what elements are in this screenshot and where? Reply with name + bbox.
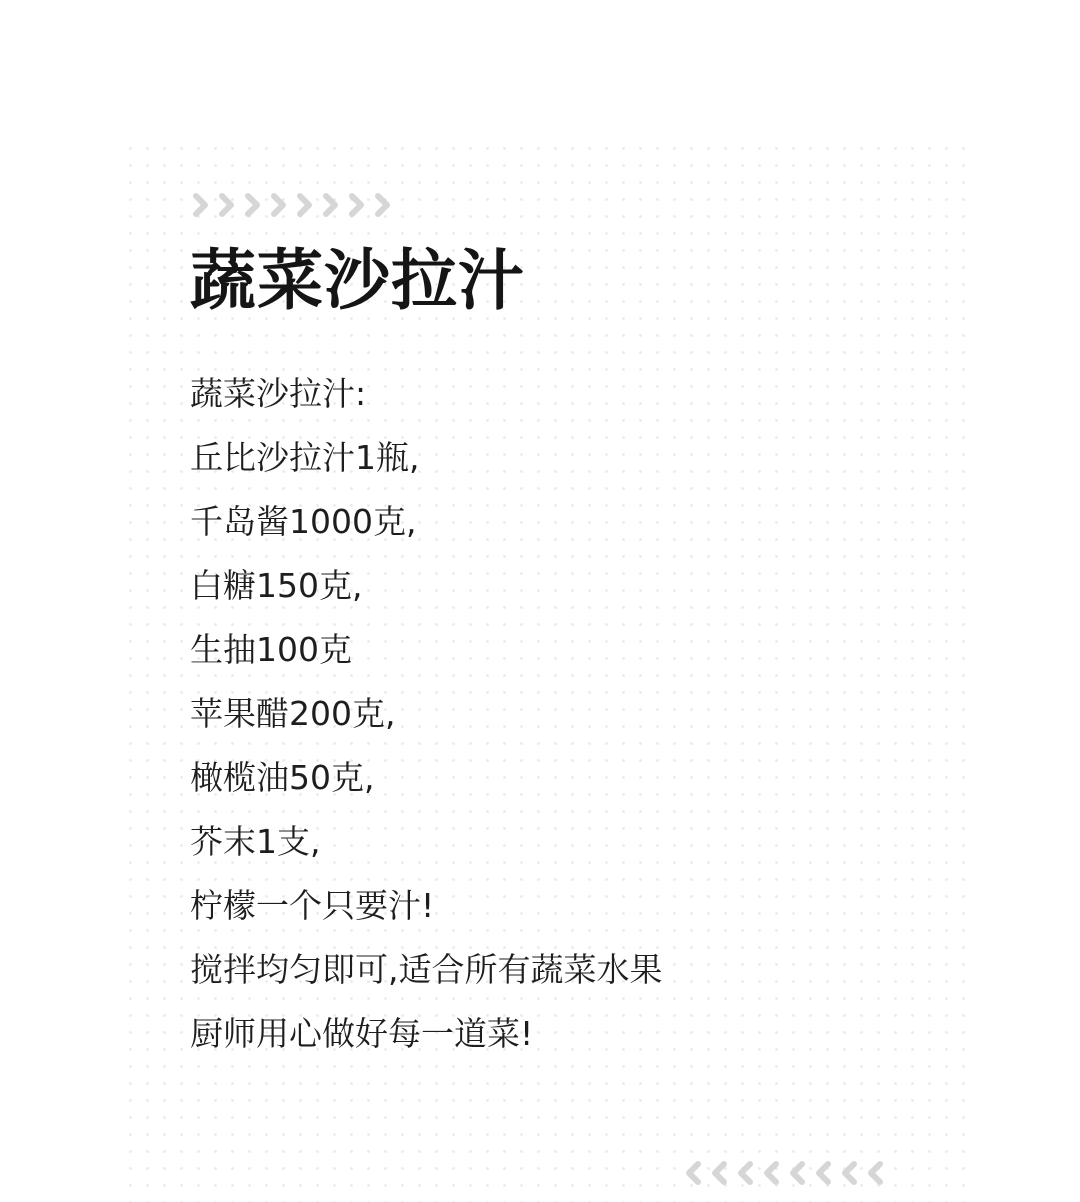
page-title: 蔬菜沙拉汁: [190, 248, 525, 314]
chevron-left-icon: [810, 1158, 836, 1188]
chevron-left-icon: [836, 1158, 862, 1188]
chevron-right-icon: [344, 190, 370, 220]
chevron-left-icon: [680, 1158, 706, 1188]
chevron-left-icon: [784, 1158, 810, 1188]
chevron-right-icon: [318, 190, 344, 220]
recipe-line: 蔬菜沙拉汁:: [190, 362, 663, 426]
recipe-line: 白糖150克,: [190, 554, 663, 618]
recipe-line: 橄榄油50克,: [190, 746, 663, 810]
recipe-line: 厨师用心做好每一道菜!: [190, 1002, 663, 1066]
chevron-right-icon: [214, 190, 240, 220]
chevron-left-icon: [758, 1158, 784, 1188]
chevron-right-icon: [266, 190, 292, 220]
chevron-right-icon: [188, 190, 214, 220]
chevron-left-icon: [732, 1158, 758, 1188]
chevron-left-icon: [706, 1158, 732, 1188]
decorative-chevrons-left: [680, 1158, 888, 1188]
recipe-line: 千岛酱1000克,: [190, 490, 663, 554]
recipe-line: 丘比沙拉汁1瓶,: [190, 426, 663, 490]
recipe-line: 搅拌均匀即可,适合所有蔬菜水果: [190, 938, 663, 1002]
recipe-line: 生抽100克: [190, 618, 663, 682]
chevron-right-icon: [370, 190, 396, 220]
chevron-right-icon: [240, 190, 266, 220]
chevron-left-icon: [862, 1158, 888, 1188]
recipe-line: 苹果醋200克,: [190, 682, 663, 746]
recipe-line: 芥末1支,: [190, 810, 663, 874]
recipe-line: 柠檬一个只要汁!: [190, 874, 663, 938]
chevron-right-icon: [292, 190, 318, 220]
recipe-text: 蔬菜沙拉汁: 丘比沙拉汁1瓶, 千岛酱1000克, 白糖150克, 生抽100克…: [190, 362, 663, 1066]
decorative-chevrons-right: [188, 190, 396, 220]
